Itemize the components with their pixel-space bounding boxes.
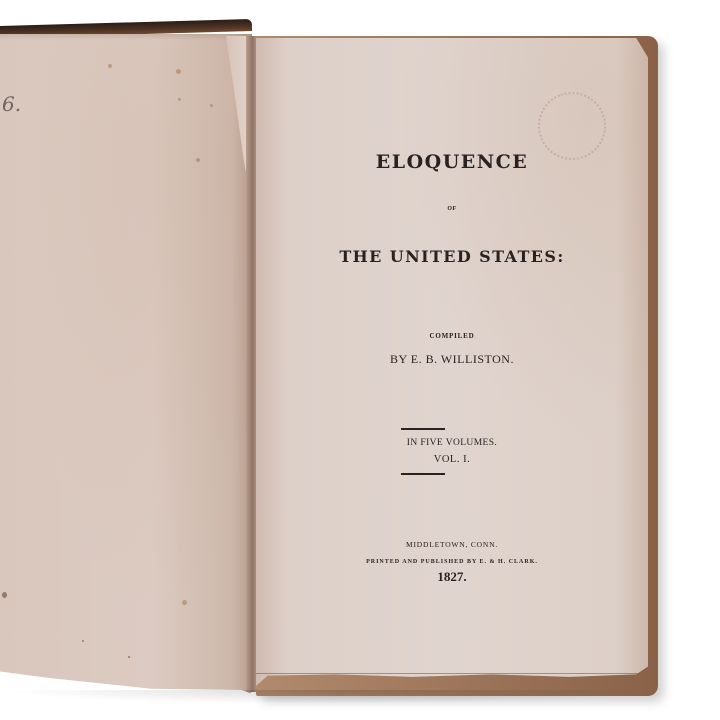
foxing-spot bbox=[82, 640, 84, 642]
open-book: 6. ​ ELOQUENCE OF THE UNITED STATES: COM… bbox=[0, 0, 720, 720]
foxing-spot bbox=[128, 656, 130, 658]
title-page-text: ELOQUENCE OF THE UNITED STATES: COMPILED… bbox=[256, 0, 648, 720]
compiled-label: COMPILED bbox=[256, 332, 648, 340]
foxing-spot bbox=[108, 64, 112, 68]
title-connector: OF bbox=[256, 206, 648, 212]
foxing-spot bbox=[182, 600, 187, 605]
foxing-spot bbox=[176, 69, 181, 74]
imprint-year: 1827. bbox=[256, 569, 648, 585]
pencil-mark: 6. bbox=[2, 92, 21, 116]
title-main: ELOQUENCE bbox=[256, 151, 648, 173]
volumes-line: IN FIVE VOLUMES. bbox=[256, 438, 648, 448]
volume-number: VOL. I. bbox=[256, 454, 648, 465]
author-line: BY E. B. WILLISTON. bbox=[256, 352, 648, 367]
left-page: 6. ​ bbox=[0, 34, 252, 694]
foxing-spot bbox=[2, 592, 7, 598]
title-subject: THE UNITED STATES: bbox=[256, 247, 648, 266]
book-shadow bbox=[0, 690, 660, 704]
imprint-place: MIDDLETOWN, CONN. bbox=[256, 540, 648, 549]
foxing-spot bbox=[210, 104, 213, 107]
rule-divider bbox=[401, 473, 445, 475]
foxing-spot bbox=[196, 158, 200, 162]
rule-divider bbox=[401, 428, 445, 430]
imprint-publisher: PRINTED AND PUBLISHED BY E. & H. CLARK. bbox=[256, 559, 648, 565]
foxing-spot bbox=[178, 98, 181, 101]
